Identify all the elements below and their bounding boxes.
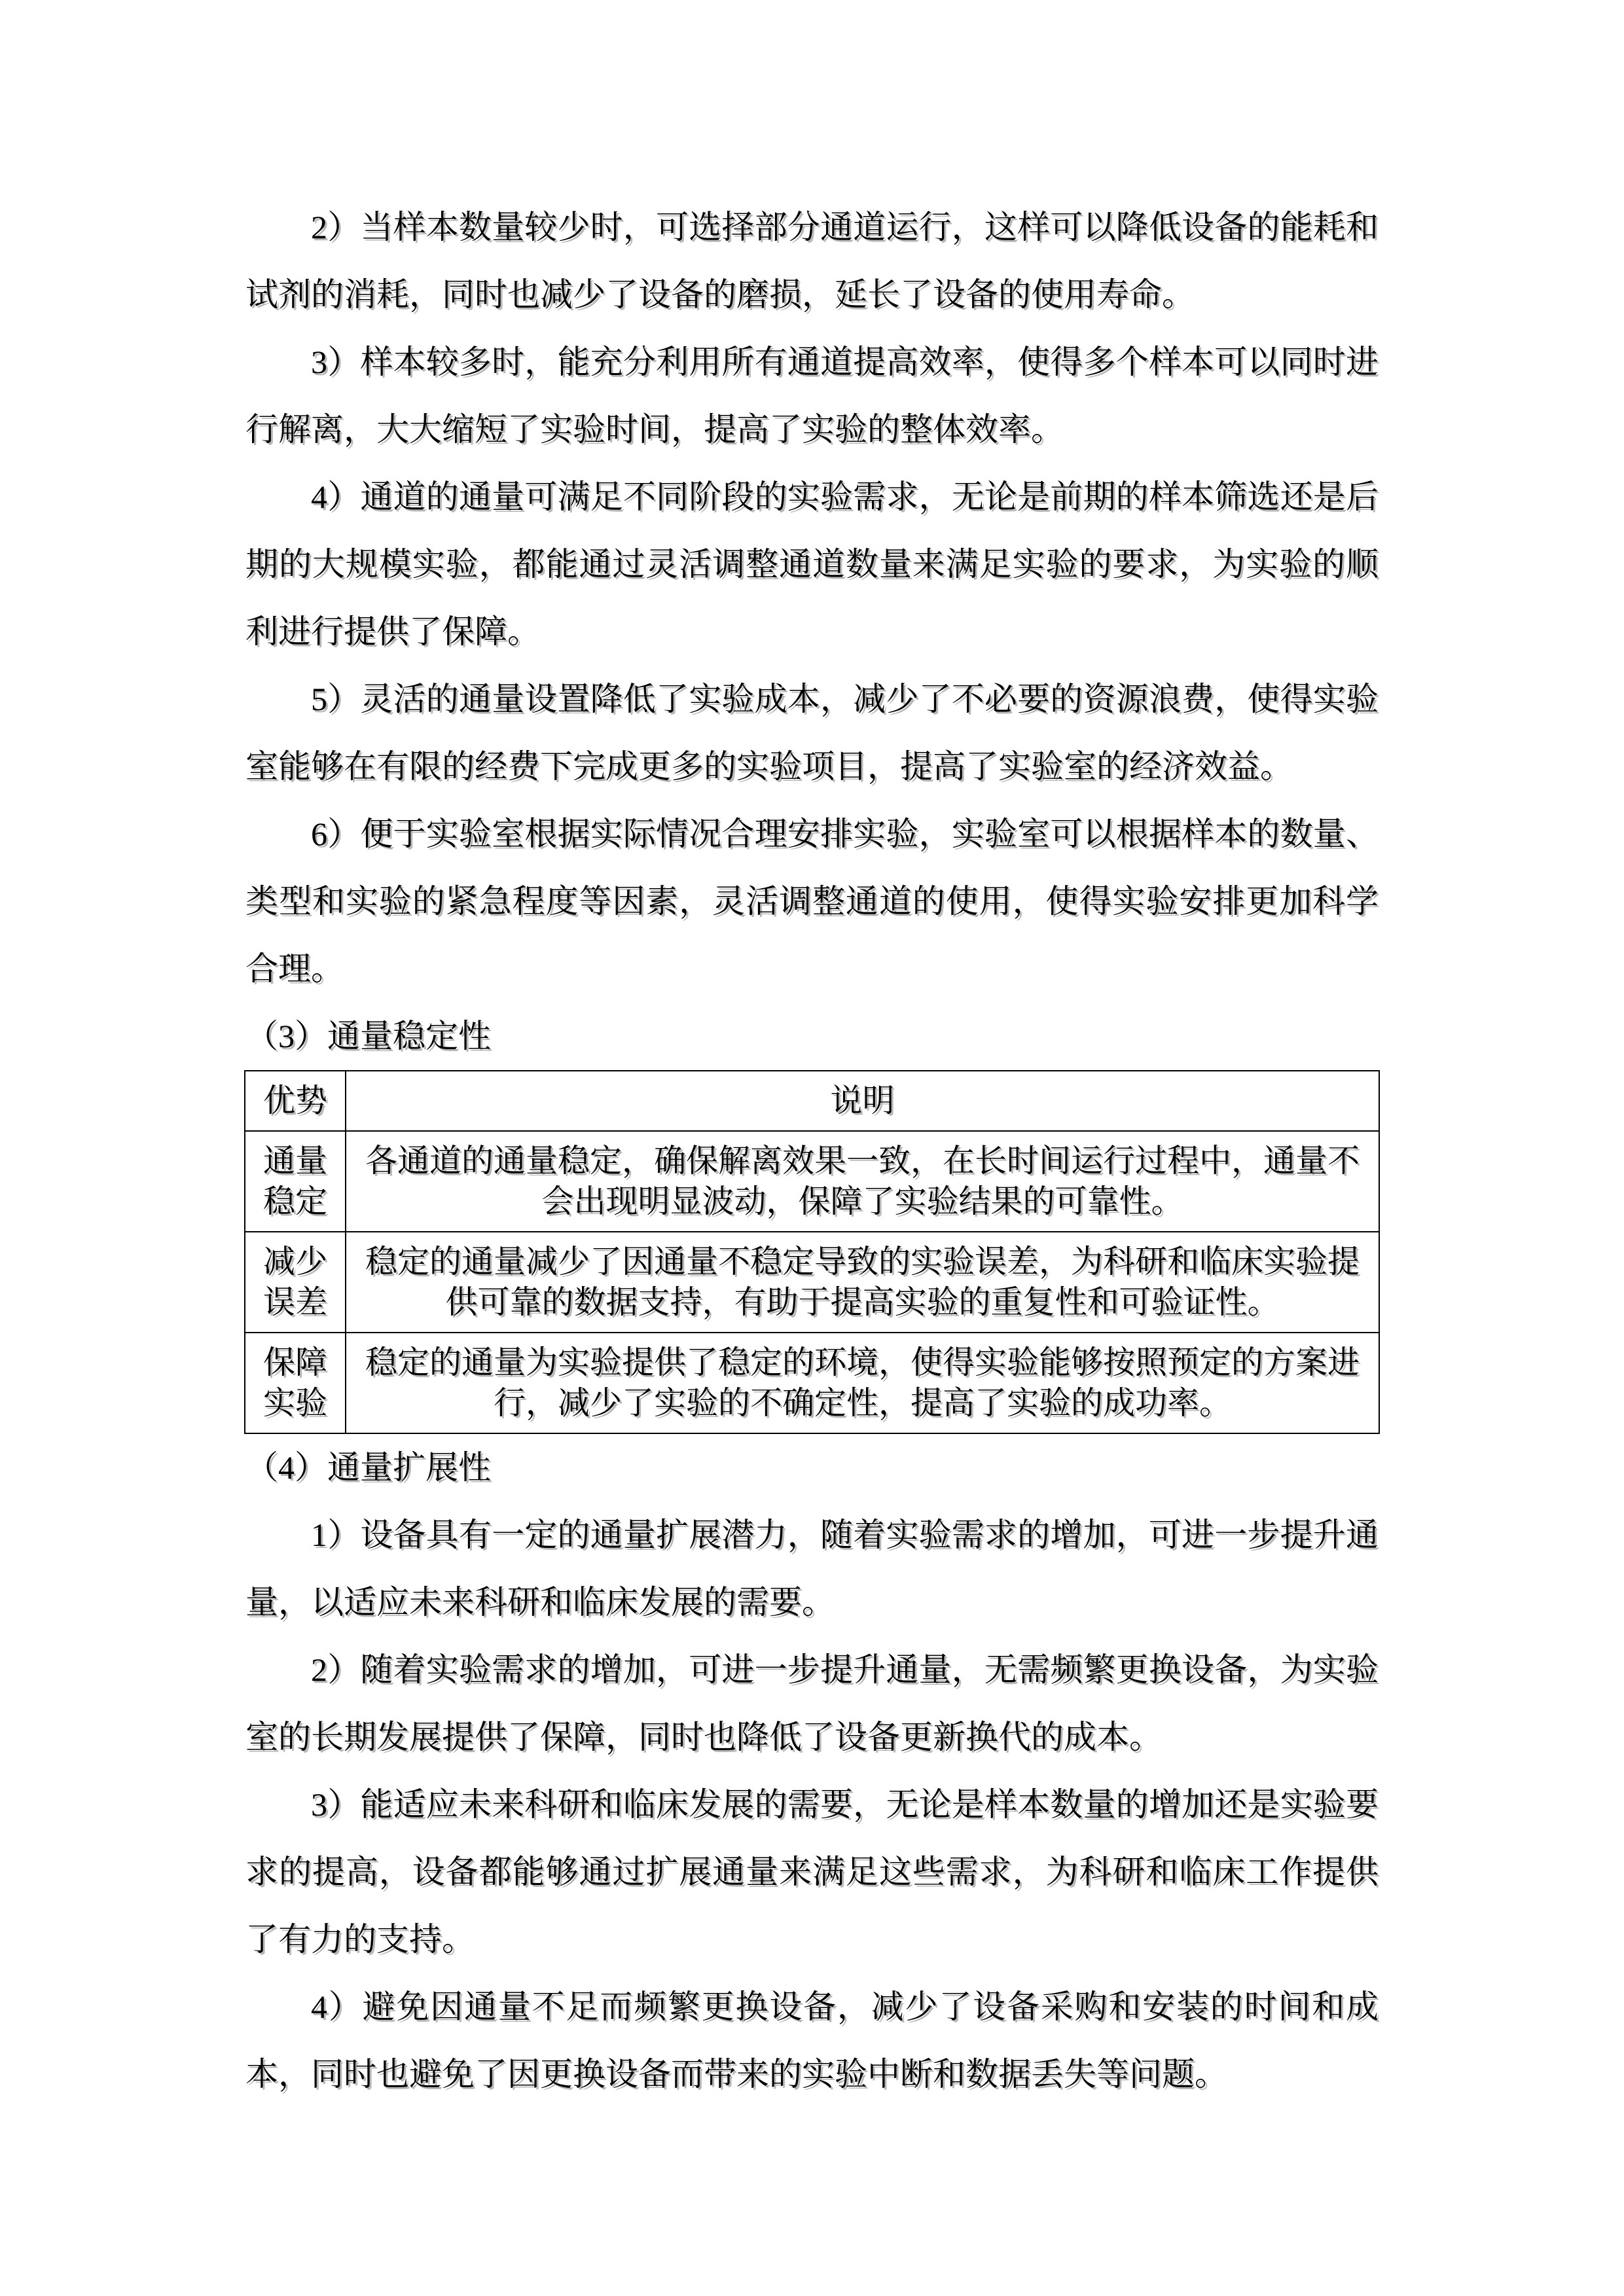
paragraph-item-6: 6）便于实验室根据实际情况合理安排实验，实验室可以根据样本的数量、类型和实验的紧… bbox=[245, 800, 1379, 1003]
table-row: 保障 实验 稳定的通量为实验提供了稳定的环境，使得实验能够按照预定的方案进 行，… bbox=[245, 1333, 1379, 1433]
paragraph-item-3: 3）样本较多时，能充分利用所有通道提高效率，使得多个样本可以同时进行解离，大大缩… bbox=[245, 329, 1379, 463]
advantage-cell: 保障 实验 bbox=[245, 1333, 346, 1433]
column-header-description: 说明 bbox=[346, 1071, 1379, 1131]
paragraph-item-5: 5）灵活的通量设置降低了实验成本，减少了不必要的资源浪费，使得实验室能够在有限的… bbox=[245, 666, 1379, 800]
paragraph-item-2: 2）当样本数量较少时，可选择部分通道运行，这样可以降低设备的能耗和试剂的消耗，同… bbox=[245, 194, 1379, 329]
advantages-table: 优势 说明 通量 稳定 各通道的通量稳定，确保解离效果一致，在长时间运行过程中，… bbox=[244, 1070, 1380, 1434]
document-page: 2）当样本数量较少时，可选择部分通道运行，这样可以降低设备的能耗和试剂的消耗，同… bbox=[0, 0, 1624, 2296]
description-cell: 各通道的通量稳定，确保解离效果一致，在长时间运行过程中，通量不 会出现明显波动，… bbox=[346, 1131, 1379, 1232]
paragraph-item-1: 1）设备具有一定的通量扩展潜力，随着实验需求的增加，可进一步提升通量，以适应未来… bbox=[245, 1501, 1379, 1636]
table-row: 减少 误差 稳定的通量减少了因通量不稳定导致的实验误差，为科研和临床实验提 供可… bbox=[245, 1232, 1379, 1333]
paragraph-item-4b: 4）避免因通量不足而频繁更换设备，减少了设备采购和安装的时间和成本，同时也避免了… bbox=[245, 1973, 1379, 2108]
description-cell: 稳定的通量减少了因通量不稳定导致的实验误差，为科研和临床实验提 供可靠的数据支持… bbox=[346, 1232, 1379, 1333]
table-header-row: 优势 说明 bbox=[245, 1071, 1379, 1131]
paragraph-item-3b: 3）能适应未来科研和临床发展的需要，无论是样本数量的增加还是实验要求的提高，设备… bbox=[245, 1771, 1379, 1973]
paragraph-item-2b: 2）随着实验需求的增加，可进一步提升通量，无需频繁更换设备，为实验室的长期发展提… bbox=[245, 1636, 1379, 1771]
section-heading-expandability: （4）通量扩展性 bbox=[245, 1434, 1379, 1501]
section-heading-stability: （3）通量稳定性 bbox=[245, 1003, 1379, 1070]
advantage-cell: 减少 误差 bbox=[245, 1232, 346, 1333]
paragraph-item-4: 4）通道的通量可满足不同阶段的实验需求，无论是前期的样本筛选还是后期的大规模实验… bbox=[245, 463, 1379, 666]
advantage-cell: 通量 稳定 bbox=[245, 1131, 346, 1232]
description-cell: 稳定的通量为实验提供了稳定的环境，使得实验能够按照预定的方案进 行，减少了实验的… bbox=[346, 1333, 1379, 1433]
column-header-advantage: 优势 bbox=[245, 1071, 346, 1131]
table-row: 通量 稳定 各通道的通量稳定，确保解离效果一致，在长时间运行过程中，通量不 会出… bbox=[245, 1131, 1379, 1232]
